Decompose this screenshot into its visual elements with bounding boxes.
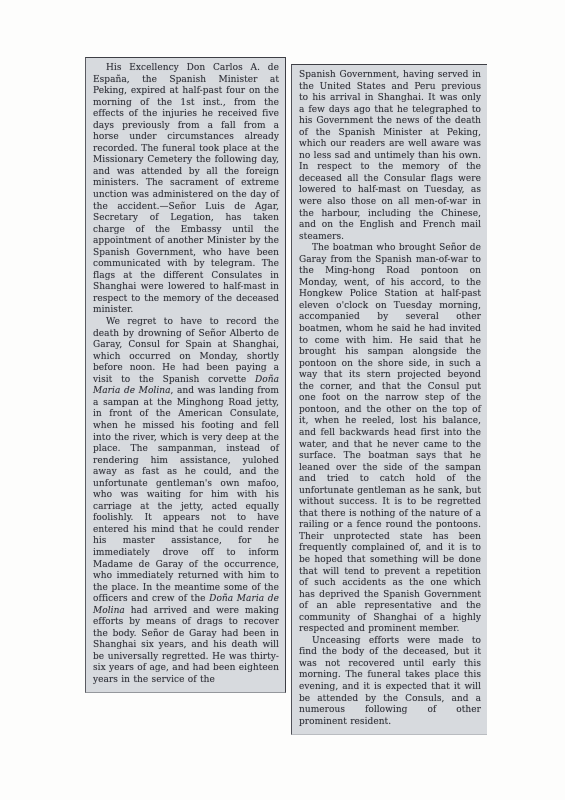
paragraph-consul-drowning: We regret to have to record the death by… [93, 317, 279, 687]
newspaper-page: His Excellency Don Carlos A. de España, … [0, 0, 565, 800]
news-clipping-left-column: His Excellency Don Carlos A. de España, … [85, 57, 286, 693]
news-clipping-right-column: Spanish Government, having served in the… [291, 64, 487, 735]
paragraph-body-recovered: Unceasing efforts were made to find the … [299, 636, 481, 728]
paragraph-career-and-flags: Spanish Government, having served in the… [299, 70, 481, 243]
paragraph-boatman-account: The boatman who brought Señor de Garay f… [299, 243, 481, 636]
paragraph-minister-death: His Excellency Don Carlos A. de España, … [93, 63, 279, 317]
